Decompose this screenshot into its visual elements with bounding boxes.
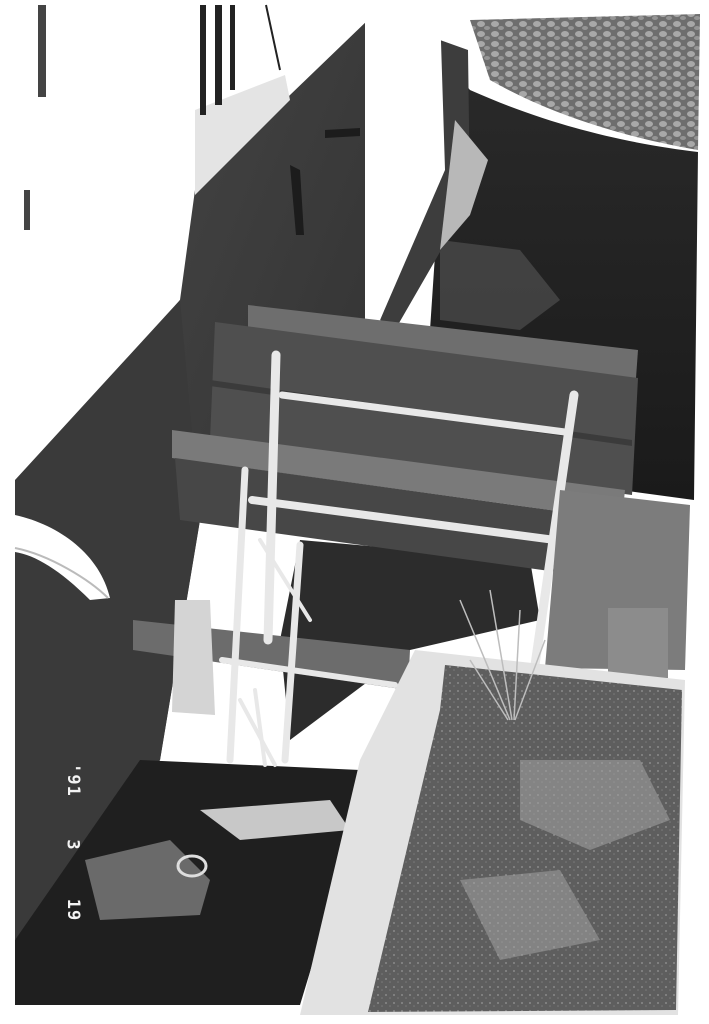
date-stamp: '91 3 19 <box>58 770 88 920</box>
date-stamp-month: 3 <box>63 839 83 850</box>
date-stamp-year: '91 <box>63 763 83 797</box>
walkway <box>545 490 690 678</box>
date-stamp-day: 19 <box>63 899 83 921</box>
canal-photograph <box>0 0 709 1024</box>
